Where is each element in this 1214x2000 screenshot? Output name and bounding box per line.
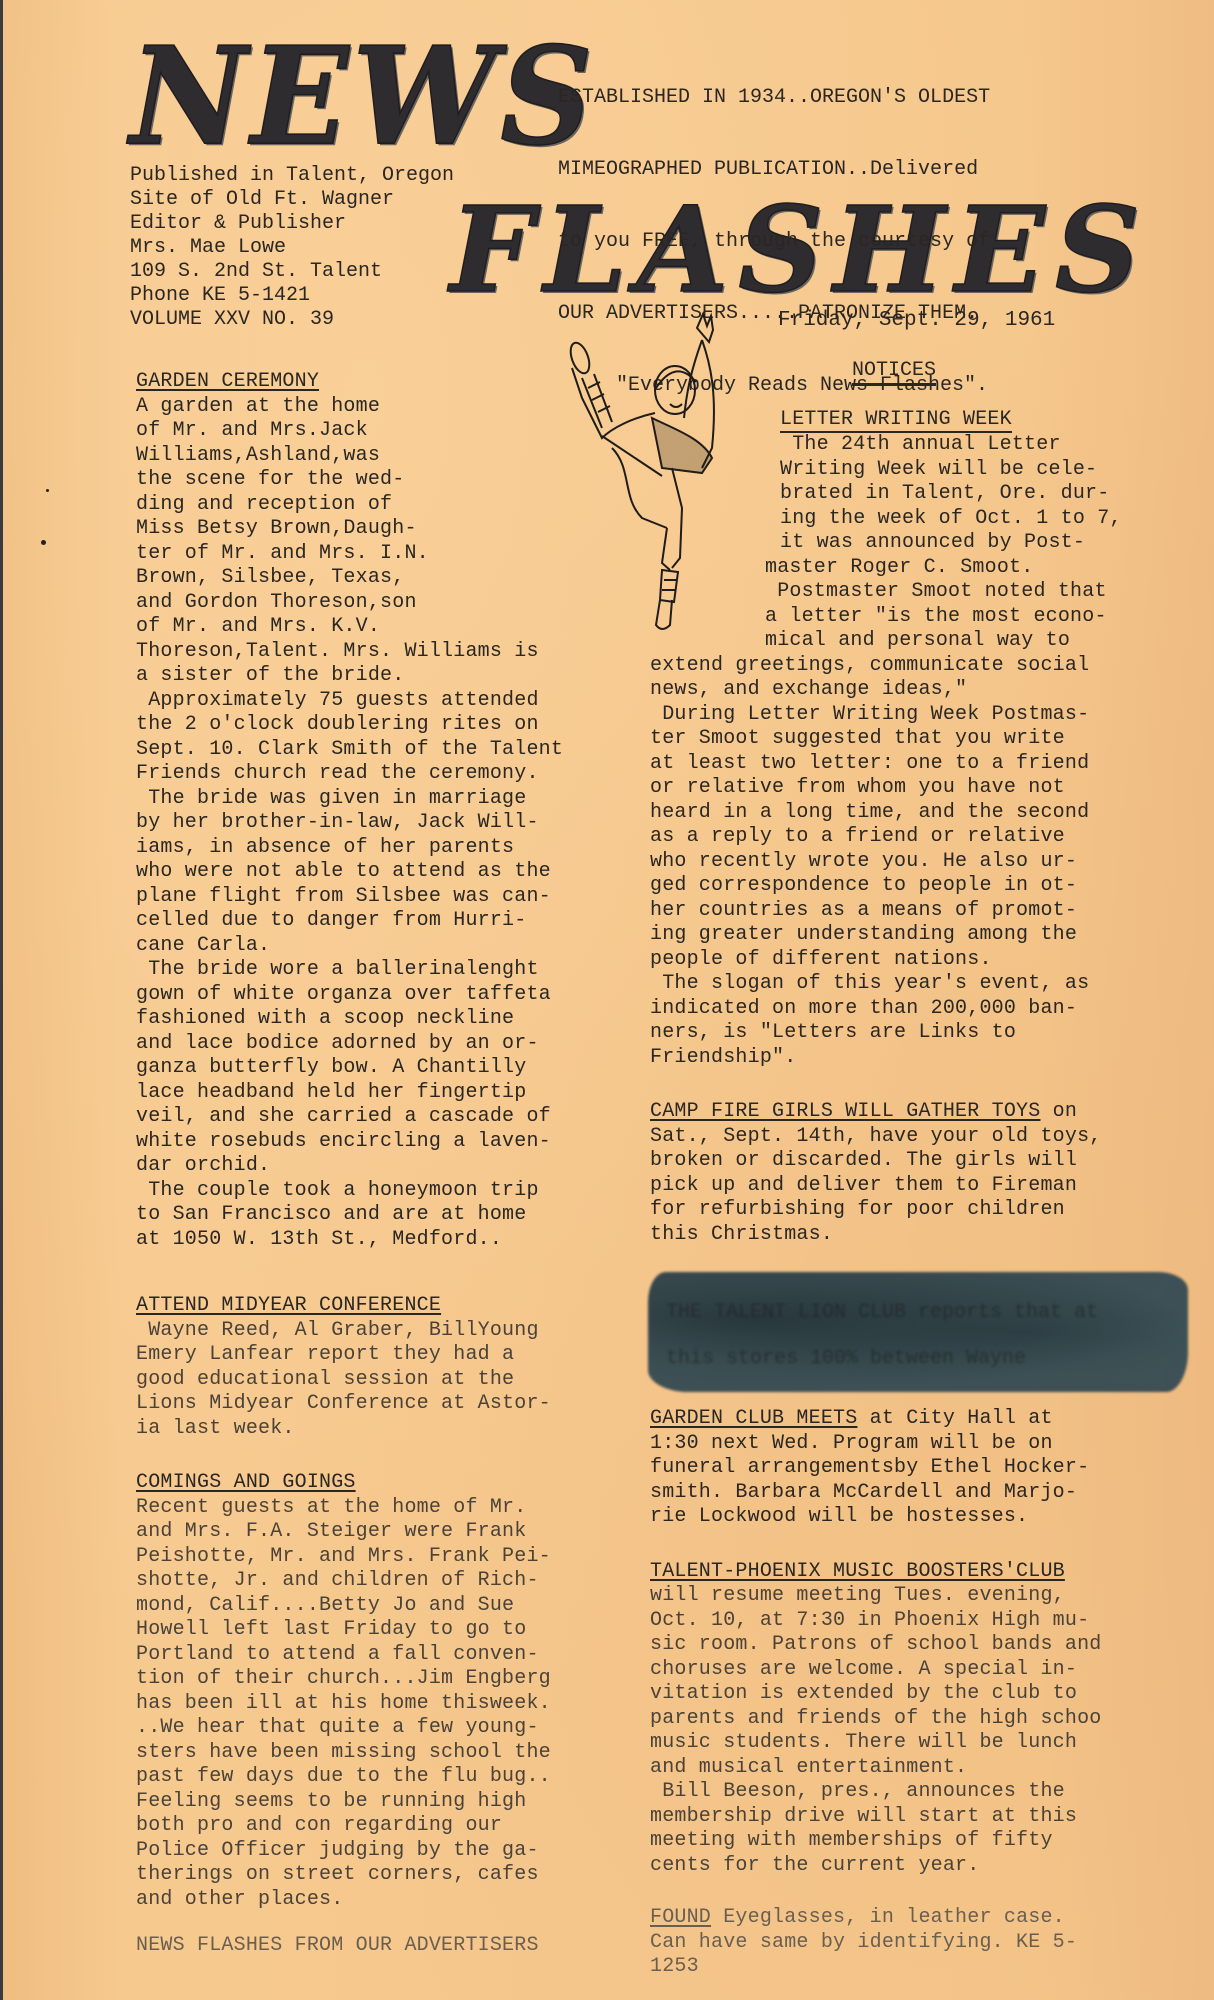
text-line: Oct. 10, at 7:30 in Phoenix High mu-	[650, 1609, 1190, 1634]
text-line: Brown, Silsbee, Texas,	[136, 566, 636, 591]
text-line: Emery Lanfear report they had a	[136, 1343, 636, 1368]
article-letter-writing-week: LETTER WRITING WEEK The 24th annual Lett…	[650, 408, 1190, 1070]
article-midyear-conference: ATTEND MIDYEAR CONFERENCE Wayne Reed, Al…	[136, 1294, 636, 1441]
text-line: ing greater understanding among the	[650, 923, 1190, 948]
heading-tail: at City Hall at	[857, 1407, 1052, 1430]
text-line: sic room. Patrons of school bands and	[650, 1633, 1190, 1658]
tagline-line: ESTABLISHED IN 1934..OREGON'S OLDEST	[558, 86, 1118, 110]
article-body: Recent guests at the home of Mr.and Mrs.…	[136, 1496, 636, 1913]
text-line: this stores 100% between Wayne	[666, 1346, 1098, 1372]
text-line: Writing Week will be cele-	[780, 458, 1190, 483]
ink-speck	[46, 489, 49, 492]
text-line: Williams,Ashland,was	[136, 444, 636, 469]
scan-edge	[0, 0, 3, 2000]
text-line: has been ill at his home thisweek.	[136, 1692, 636, 1717]
text-line: cents for the current year.	[650, 1854, 1190, 1879]
text-line: and musical entertainment.	[650, 1756, 1190, 1781]
text-line: master Roger C. Smoot.	[765, 556, 1190, 581]
article-body: Can have same by identifying. KE 5-1253	[650, 1931, 1190, 1980]
text-line: it was announced by Post-	[780, 531, 1190, 556]
masthead-news: NEWS	[130, 18, 597, 176]
text-line: of Mr. and Mrs. K.V.	[136, 615, 636, 640]
text-line: a sister of the bride.	[136, 664, 636, 689]
article-comings-goings: COMINGS AND GOINGS Recent guests at the …	[136, 1471, 636, 1912]
text-line: tion of their church...Jim Engberg	[136, 1667, 636, 1692]
text-line: music students. There will be lunch	[650, 1731, 1190, 1756]
text-line: Howell left last Friday to go to	[136, 1618, 636, 1643]
text-line: rie Lockwood will be hostesses.	[650, 1505, 1190, 1530]
text-line: THE TALENT LION CLUB reports that at	[666, 1300, 1098, 1326]
text-line: as a reply to a friend or relative	[650, 825, 1190, 850]
article-body: Sat., Sept. 14th, have your old toys,bro…	[650, 1125, 1190, 1248]
text-line: ing the week of Oct. 1 to 7,	[780, 507, 1190, 532]
text-line: lace headband held her fingertip	[136, 1081, 636, 1106]
text-line: both pro and con regarding our	[136, 1814, 636, 1839]
text-line: The couple took a honeymoon trip	[136, 1179, 636, 1204]
text-line: vitation is extended by the club to	[650, 1682, 1190, 1707]
text-line: Recent guests at the home of Mr.	[136, 1496, 636, 1521]
text-line: the 2 o'clock doublering rites on	[136, 713, 636, 738]
text-line: veil, and she carried a cascade of	[136, 1105, 636, 1130]
article-body: master Roger C. Smoot. Postmaster Smoot …	[650, 556, 1190, 654]
article-heading: TALENT-PHOENIX MUSIC BOOSTERS'CLUB	[650, 1560, 1065, 1583]
article-heading: LETTER WRITING WEEK	[780, 409, 1012, 433]
text-line: membership drive will start at this	[650, 1805, 1190, 1830]
text-line: ganza butterfly bow. A Chantilly	[136, 1056, 636, 1081]
heading-tail: Eyeglasses, in leather case.	[711, 1906, 1065, 1929]
article-music-boosters: TALENT-PHOENIX MUSIC BOOSTERS'CLUB will …	[650, 1560, 1190, 1879]
text-line: gown of white organza over taffeta	[136, 983, 636, 1008]
text-line: a letter "is the most econo-	[765, 605, 1190, 630]
tagline-line: to you FREE, through the courtesy of	[558, 230, 1118, 254]
text-line: who recently wrote you. He also ur-	[650, 850, 1190, 875]
text-line: The 24th annual Letter	[780, 433, 1190, 458]
issue-date: Friday, Sept. 29, 1961	[778, 309, 1055, 332]
text-line: choruses are welcome. A special in-	[650, 1658, 1190, 1683]
article-heading: COMINGS AND GOINGS	[136, 1471, 356, 1494]
text-line: ners, is "Letters are Links to	[650, 1021, 1190, 1046]
text-line: Portland to attend a fall conven-	[136, 1643, 636, 1668]
pub-info-line: Phone KE 5-1421	[130, 284, 460, 308]
text-line: plane flight from Silsbee was can-	[136, 885, 636, 910]
text-line: people of different nations.	[650, 948, 1190, 973]
article-heading: ATTEND MIDYEAR CONFERENCE	[136, 1294, 441, 1317]
text-line: mical and personal way to	[765, 629, 1190, 654]
text-line: news, and exchange ideas,"	[650, 678, 1190, 703]
article-heading: CAMP FIRE GIRLS WILL GATHER TOYS	[650, 1100, 1040, 1123]
text-line: During Letter Writing Week Postmas-	[650, 703, 1190, 728]
text-line: Thoreson,Talent. Mrs. Williams is	[136, 640, 636, 665]
text-line: who were not able to attend as the	[136, 860, 636, 885]
article-heading: GARDEN CEREMONY	[136, 370, 319, 393]
text-line: smith. Barbara McCardell and Marjo-	[650, 1481, 1190, 1506]
text-line: by her brother-in-law, Jack Will-	[136, 811, 636, 836]
text-line: The bride was given in marriage	[136, 787, 636, 812]
article-camp-fire-girls: CAMP FIRE GIRLS WILL GATHER TOYS on Sat.…	[650, 1100, 1190, 1247]
text-line: The slogan of this year's event, as	[650, 972, 1190, 997]
text-line: Wayne Reed, Al Graber, BillYoung	[136, 1319, 636, 1344]
text-line: Approximately 75 guests attended	[136, 689, 636, 714]
text-line: sters have been missing school the	[136, 1741, 636, 1766]
text-line: Sept. 10. Clark Smith of the Talent	[136, 738, 636, 763]
text-line: cane Carla.	[136, 934, 636, 959]
text-line: dar orchid.	[136, 1154, 636, 1179]
advertisers-footer: NEWS FLASHES FROM OUR ADVERTISERS	[136, 1934, 636, 1959]
ink-speck	[41, 540, 46, 545]
publication-info: Published in Talent, Oregon Site of Old …	[130, 164, 460, 332]
text-line: Postmaster Smoot noted that	[765, 580, 1190, 605]
text-line: A garden at the home	[136, 395, 636, 420]
text-line: Friends church read the ceremony.	[136, 762, 636, 787]
text-line: ter of Mr. and Mrs. I.N.	[136, 542, 636, 567]
text-line: 1:30 next Wed. Program will be on	[650, 1432, 1190, 1457]
text-line: celled due to danger from Hurri-	[136, 909, 636, 934]
article-garden-ceremony: GARDEN CEREMONY A garden at the homeof M…	[136, 370, 636, 1252]
article-body: A garden at the homeof Mr. and Mrs.JackW…	[136, 395, 636, 1253]
text-line: funeral arrangementsby Ethel Hocker-	[650, 1456, 1190, 1481]
text-line: Bill Beeson, pres., announces the	[650, 1780, 1190, 1805]
volume-number: VOLUME XXV NO. 39	[130, 308, 460, 332]
text-line: at least two letter: one to a friend	[650, 752, 1190, 777]
text-line: and Mrs. F.A. Steiger were Frank	[136, 1520, 636, 1545]
article-heading: FOUND	[650, 1906, 711, 1929]
text-line: ter Smoot suggested that you write	[650, 727, 1190, 752]
text-line: ged correspondence to people in ot-	[650, 874, 1190, 899]
article-body: 1:30 next Wed. Program will be onfuneral…	[650, 1432, 1190, 1530]
text-line: her countries as a means of promot-	[650, 899, 1190, 924]
text-line: of Mr. and Mrs.Jack	[136, 419, 636, 444]
text-line: this Christmas.	[650, 1223, 1190, 1248]
article-body: Wayne Reed, Al Graber, BillYoungEmery La…	[136, 1319, 636, 1442]
text-line: Can have same by identifying. KE 5-	[650, 1931, 1190, 1956]
text-line: parents and friends of the high schoo	[650, 1707, 1190, 1732]
text-line: broken or discarded. The girls will	[650, 1149, 1190, 1174]
tagline-line: MIMEOGRAPHED PUBLICATION..Delivered	[558, 158, 1118, 182]
text-line: will resume meeting Tues. evening,	[650, 1584, 1190, 1609]
text-line: and Gordon Thoreson,son	[136, 591, 636, 616]
text-line: pick up and deliver them to Fireman	[650, 1174, 1190, 1199]
text-line: to San Francisco and are at home	[136, 1203, 636, 1228]
text-line: for refurbishing for poor children	[650, 1198, 1190, 1223]
text-line: ia last week.	[136, 1417, 636, 1442]
article-found: FOUND Eyeglasses, in leather case. Can h…	[650, 1906, 1190, 1980]
heading-tail: on	[1040, 1100, 1077, 1123]
newspaper-page: NEWS FLASHES ESTABLISHED IN 1934..OREGON…	[0, 0, 1214, 2000]
text-line: at 1050 W. 13th St., Medford..	[136, 1228, 636, 1253]
article-body: The 24th annual LetterWriting Week will …	[650, 433, 1190, 556]
text-line: and other places.	[136, 1888, 636, 1913]
text-line: good educational session at the	[136, 1368, 636, 1393]
text-line: Sat., Sept. 14th, have your old toys,	[650, 1125, 1190, 1150]
pub-info-line: Published in Talent, Oregon	[130, 164, 460, 188]
text-line: Peishotte, Mr. and Mrs. Frank Pei-	[136, 1545, 636, 1570]
text-line: meeting with memberships of fifty	[650, 1829, 1190, 1854]
text-line: ding and reception of	[136, 493, 636, 518]
text-line: The bride wore a ballerinalenght	[136, 958, 636, 983]
pub-info-line: Editor & Publisher	[130, 212, 460, 236]
text-line: Friendship".	[650, 1046, 1190, 1071]
text-line: mond, Calif....Betty Jo and Sue	[136, 1594, 636, 1619]
text-line: Lions Midyear Conference at Astor-	[136, 1392, 636, 1417]
text-line: iams, in absence of her parents	[136, 836, 636, 861]
text-line: Miss Betsy Brown,Daugh-	[136, 517, 636, 542]
text-line: and lace bodice adorned by an or-	[136, 1032, 636, 1057]
text-line: ..We hear that quite a few young-	[136, 1716, 636, 1741]
text-line: indicated on more than 200,000 ban-	[650, 997, 1190, 1022]
text-line: Feeling seems to be running high	[136, 1790, 636, 1815]
text-line: 1253	[650, 1955, 1190, 1980]
text-line: Police Officer judging by the ga-	[136, 1839, 636, 1864]
text-line: or relative from whom you have not	[650, 776, 1190, 801]
article-body: will resume meeting Tues. evening,Oct. 1…	[650, 1584, 1190, 1878]
article-garden-club: GARDEN CLUB MEETS at City Hall at 1:30 n…	[650, 1407, 1190, 1530]
text-line: brated in Talent, Ore. dur-	[780, 482, 1190, 507]
pub-info-line: Mrs. Mae Lowe	[130, 236, 460, 260]
text-line: heard in a long time, and the second	[650, 801, 1190, 826]
text-line: extend greetings, communicate social	[650, 654, 1190, 679]
text-line: the scene for the wed-	[136, 468, 636, 493]
pub-info-line: 109 S. 2nd St. Talent	[130, 260, 460, 284]
article-body: extend greetings, communicate socialnews…	[650, 654, 1190, 1071]
text-line: fashioned with a scoop neckline	[136, 1007, 636, 1032]
left-column: GARDEN CEREMONY A garden at the homeof M…	[136, 370, 636, 1959]
pub-info-line: Site of Old Ft. Wagner	[130, 188, 460, 212]
redacted-notice: THE TALENT LION CLUB reports that atthis…	[648, 1272, 1188, 1392]
right-column: LETTER WRITING WEEK The 24th annual Lett…	[650, 360, 1190, 1980]
text-line: shotte, Jr. and children of Rich-	[136, 1569, 636, 1594]
text-line: white rosebuds encircling a laven-	[136, 1130, 636, 1155]
article-heading: GARDEN CLUB MEETS	[650, 1407, 857, 1430]
text-line: therings on street corners, cafes	[136, 1863, 636, 1888]
text-line: past few days due to the flu bug..	[136, 1765, 636, 1790]
redacted-text: THE TALENT LION CLUB reports that atthis…	[666, 1280, 1098, 1392]
